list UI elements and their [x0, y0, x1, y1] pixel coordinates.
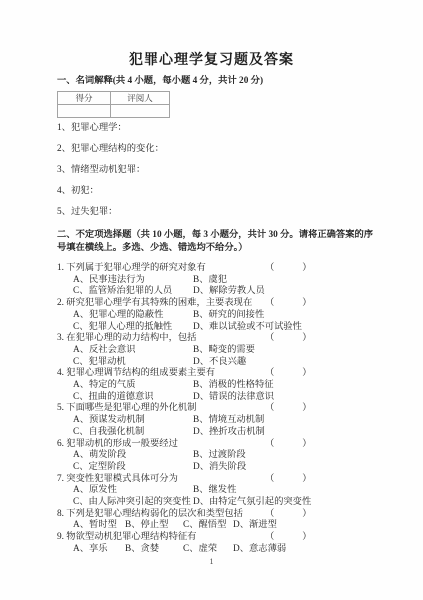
option-c: C、监管矫治犯罪的人员	[73, 286, 193, 298]
score-table-header-row: 得分 评阅人	[58, 91, 170, 104]
question-2: 2. 研究犯罪心理学有其特殊的困难，主要表现在 （ ） A、犯罪心理的隐蔽性 B…	[57, 298, 423, 333]
option-b: B、畸变的需要	[193, 345, 423, 357]
option-a: A、暂时型	[73, 520, 125, 532]
score-label-cell: 得分	[58, 91, 111, 104]
term-definition-list: 1、犯罪心理学： 2、犯罪心理结构的变化： 3、情绪型动机犯罪： 4、初犯： 5…	[0, 123, 423, 219]
option-a: A、犯罪心理的隐蔽性	[73, 310, 193, 322]
option-b: B、贪婪	[125, 544, 183, 556]
option-a: A、民事违法行为	[73, 275, 193, 287]
question-6: 6. 犯罪动机的形成一般要经过 （ ） A、萌发阶段 B、过渡阶段 C、定型阶段…	[57, 439, 423, 474]
score-value-cell	[58, 104, 111, 117]
question-9-stem: 9. 物欲型动机犯罪心理结构特征有 （ ）	[57, 532, 423, 544]
question-7-answer-bracket: （ ）	[265, 474, 312, 486]
question-1-options-row1: A、民事违法行为 B、虞犯	[57, 275, 423, 287]
question-8-stem: 8. 下列是犯罪心理结构弱化的层次和类型包括 （ ）	[57, 509, 423, 521]
question-8-options-row: A、暂时型 B、停止型 C、醒悟型 D、渐进型	[57, 520, 423, 532]
option-b: B、情境互动机制	[193, 415, 423, 427]
option-d: D、挫折攻击机制	[193, 427, 423, 439]
score-table-empty-row	[58, 104, 170, 117]
question-1-stem: 1. 下列属于犯罪心理学的研究对象有 （ ）	[57, 263, 423, 275]
question-9-answer-bracket: （ ）	[265, 532, 312, 544]
question-9: 9. 物欲型动机犯罪心理结构特征有 （ ） A、享乐 B、贪婪 C、虚荣 D、意…	[57, 532, 423, 555]
question-8-answer-bracket: （ ）	[265, 509, 312, 521]
option-b: B、消极的性格特征	[193, 380, 423, 392]
question-4-options-row1: A、特定的气质 B、消极的性格特征	[57, 380, 423, 392]
option-a: A、萌发阶段	[73, 450, 193, 462]
page-title: 犯罪心理学复习题及答案	[0, 0, 423, 69]
question-7-stem: 7. 突变性犯罪模式具体可分为 （ ）	[57, 474, 423, 486]
question-5-options-row2: C、自我强化机制 D、挫折攻击机制	[57, 427, 423, 439]
term-item-1: 1、犯罪心理学：	[57, 123, 423, 135]
question-9-options-row: A、享乐 B、贪婪 C、虚荣 D、意志薄弱	[57, 544, 423, 556]
option-c: C、醒悟型	[183, 520, 233, 532]
option-c: C、扭曲的道德意识	[73, 392, 193, 404]
question-6-answer-bracket: （ ）	[265, 439, 312, 451]
question-2-options-row2: C、犯罪人心理的抵触性 D、难以试验或不可试验性	[57, 322, 423, 334]
reviewer-value-cell	[111, 104, 170, 117]
question-6-stem: 6. 犯罪动机的形成一般要经过 （ ）	[57, 439, 423, 451]
term-item-4: 4、初犯：	[57, 186, 423, 198]
option-d: D、难以试验或不可试验性	[193, 322, 423, 334]
option-d: D、渐进型	[233, 520, 423, 532]
term-item-5: 5、过失犯罪：	[57, 207, 423, 219]
question-1-answer-bracket: （ ）	[265, 263, 312, 275]
option-c: C、犯罪动机	[73, 357, 193, 369]
page-number: 1	[0, 557, 423, 566]
question-5-stem: 5. 下面哪些是犯罪心理的外化机制 （ ）	[57, 403, 423, 415]
document-page: 犯罪心理学复习题及答案 一、名词解释(共 4 小题，每小题 4 分，共计 20 …	[0, 0, 423, 600]
option-a: A、享乐	[73, 544, 125, 556]
section2-heading: 二、不定项选择题（共 10 小题，每 3 小题分，共计 30 分。请将正确答案的…	[57, 229, 395, 254]
question-6-text: 6. 犯罪动机的形成一般要经过	[57, 439, 178, 449]
option-c: C、由人际冲突引起的突变性	[73, 497, 193, 509]
term-item-3: 3、情绪型动机犯罪：	[57, 165, 423, 177]
score-table: 得分 评阅人	[57, 91, 170, 118]
question-1: 1. 下列属于犯罪心理学的研究对象有 （ ） A、民事违法行为 B、虞犯 C、监…	[57, 263, 423, 298]
option-a: A、特定的气质	[73, 380, 193, 392]
question-4-stem: 4. 犯罪心理调节结构的组成要素主要有 （ ）	[57, 368, 423, 380]
section2-heading-line2: 号填在横线上。多选、少选、错选均不给分。）	[57, 242, 395, 255]
option-d: D、意志薄弱	[233, 544, 423, 556]
option-d: D、解除劳教人员	[193, 286, 423, 298]
question-1-options-row2: C、监管矫治犯罪的人员 D、解除劳教人员	[57, 286, 423, 298]
question-5-text: 5. 下面哪些是犯罪心理的外化机制	[57, 403, 196, 413]
option-d: D、消失阶段	[193, 462, 423, 474]
option-b: B、虞犯	[193, 275, 423, 287]
section1-heading: 一、名词解释(共 4 小题，每小题 4 分，共计 20 分)	[57, 75, 395, 88]
question-4-options-row2: C、扭曲的道德意识 D、错误的法律意识	[57, 392, 423, 404]
option-d: D、不良兴趣	[193, 357, 423, 369]
option-c: C、虚荣	[183, 544, 233, 556]
question-6-options-row2: C、定型阶段 D、消失阶段	[57, 462, 423, 474]
question-3-options-row2: C、犯罪动机 D、不良兴趣	[57, 357, 423, 369]
option-b: B、研究的间接性	[193, 310, 423, 322]
question-2-answer-bracket: （ ）	[265, 298, 312, 310]
option-c: C、定型阶段	[73, 462, 193, 474]
question-3-stem: 3. 在犯罪心理的动力结构中，包括 （ ）	[57, 333, 423, 345]
option-d: D、由特定气氛引起的突变性	[193, 497, 423, 509]
question-4-text: 4. 犯罪心理调节结构的组成要素主要有	[57, 368, 215, 378]
question-9-text: 9. 物欲型动机犯罪心理结构特征有	[57, 532, 196, 542]
question-8: 8. 下列是犯罪心理结构弱化的层次和类型包括 （ ） A、暂时型 B、停止型 C…	[57, 509, 423, 532]
question-2-options-row1: A、犯罪心理的隐蔽性 B、研究的间接性	[57, 310, 423, 322]
section2-heading-line1: 二、不定项选择题（共 10 小题，每 3 小题分，共计 30 分。请将正确答案的…	[57, 229, 395, 242]
question-7: 7. 突变性犯罪模式具体可分为 （ ） A、原发性 B、继发性 C、由人际冲突引…	[57, 474, 423, 509]
question-4-answer-bracket: （ ）	[265, 368, 312, 380]
question-3-options-row1: A、反社会意识 B、畸变的需要	[57, 345, 423, 357]
option-c: C、犯罪人心理的抵触性	[73, 322, 193, 334]
question-5: 5. 下面哪些是犯罪心理的外化机制 （ ） A、预谋发动机制 B、情境互动机制 …	[57, 403, 423, 438]
question-7-options-row2: C、由人际冲突引起的突变性 D、由特定气氛引起的突变性	[57, 497, 423, 509]
option-d: D、错误的法律意识	[193, 392, 423, 404]
option-a: A、原发性	[73, 485, 193, 497]
multiple-choice-questions: 1. 下列属于犯罪心理学的研究对象有 （ ） A、民事违法行为 B、虞犯 C、监…	[57, 263, 423, 556]
question-2-text: 2. 研究犯罪心理学有其特殊的困难，主要表现在	[57, 298, 252, 308]
option-b: B、继发性	[193, 485, 423, 497]
question-4: 4. 犯罪心理调节结构的组成要素主要有 （ ） A、特定的气质 B、消极的性格特…	[57, 368, 423, 403]
question-8-text: 8. 下列是犯罪心理结构弱化的层次和类型包括	[57, 509, 243, 519]
question-3-text: 3. 在犯罪心理的动力结构中，包括	[57, 333, 196, 343]
option-c: C、自我强化机制	[73, 427, 193, 439]
term-item-2: 2、犯罪心理结构的变化：	[57, 144, 423, 156]
option-b: B、过渡阶段	[193, 450, 423, 462]
option-b: B、停止型	[125, 520, 183, 532]
reviewer-label-cell: 评阅人	[111, 91, 170, 104]
question-5-options-row1: A、预谋发动机制 B、情境互动机制	[57, 415, 423, 427]
question-7-options-row1: A、原发性 B、继发性	[57, 485, 423, 497]
question-1-text: 1. 下列属于犯罪心理学的研究对象有	[57, 263, 206, 273]
question-3-answer-bracket: （ ）	[265, 333, 312, 345]
option-a: A、预谋发动机制	[73, 415, 193, 427]
question-6-options-row1: A、萌发阶段 B、过渡阶段	[57, 450, 423, 462]
question-5-answer-bracket: （ ）	[265, 403, 312, 415]
question-2-stem: 2. 研究犯罪心理学有其特殊的困难，主要表现在 （ ）	[57, 298, 423, 310]
question-7-text: 7. 突变性犯罪模式具体可分为	[57, 474, 178, 484]
option-a: A、反社会意识	[73, 345, 193, 357]
question-3: 3. 在犯罪心理的动力结构中，包括 （ ） A、反社会意识 B、畸变的需要 C、…	[57, 333, 423, 368]
